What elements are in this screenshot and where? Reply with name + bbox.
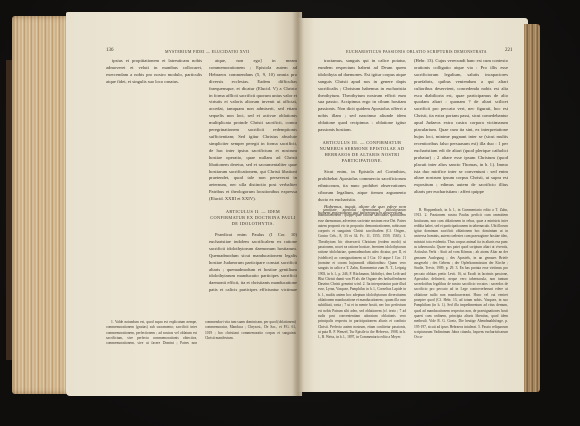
right-page-footnotes-right: R. Hoppenbach, in h. l., in Commentario … xyxy=(414,208,508,352)
right-running-header: EUCHARISTICUS PASSIONIS OBLATIO SCRIPTUR… xyxy=(346,49,487,54)
paragraph: tractamus, sanguis qui in calice potatur… xyxy=(318,58,406,134)
paragraph: atque, non ego] in meam commemorationem … xyxy=(209,58,297,203)
article-heading: ARTICULUS III. — CONFIRMATUR NUMERUS SER… xyxy=(318,140,406,164)
footnote: 1. Valde notandum est, quod supra est ex… xyxy=(106,320,296,346)
footnote: sanctitate apostolus denominans idolothy… xyxy=(318,208,406,340)
left-page-block-edges xyxy=(12,16,72,394)
paragraph: ipsius et propitiationem et latreuticam … xyxy=(106,58,202,86)
right-page-number: 221 xyxy=(505,48,513,53)
right-page-block-edges xyxy=(524,24,540,392)
left-page-column-1: ipsius et propitiationem et latreuticam … xyxy=(106,58,202,294)
article-heading: ARTICULUS II. — IDEM CONFIRMATUR EX DOCT… xyxy=(209,209,297,227)
paragraph: Praedicat enim Paulus (I Cor. 10) euchar… xyxy=(209,232,297,294)
paragraph: Sicut enim, in Epistola ad Corinthios, p… xyxy=(318,169,406,204)
left-page-footnotes: 1. Valde notandum est, quod supra est ex… xyxy=(106,320,296,370)
left-running-header: MYSTERIUM FIDEI — ELUCIDATIO XVII xyxy=(165,49,249,54)
left-page-column-2: atque, non ego] in meam commemorationem … xyxy=(209,58,297,294)
right-page-footnotes-left: sanctitate apostolus denominans idolothy… xyxy=(318,208,406,352)
right-page-column-1: tractamus, sanguis qui in calice potatur… xyxy=(318,58,406,228)
right-page-column-2: (Hebr. 13). Cujus verecundi hanc est cum… xyxy=(414,58,508,198)
footnote: R. Hoppenbach, in h. l., in Commentario … xyxy=(414,208,508,340)
book-photo: 136 MYSTERIUM FIDEI — ELUCIDATIO XVII ip… xyxy=(0,0,580,426)
left-page-number: 136 xyxy=(106,48,114,53)
paragraph: (Hebr. 13). Cujus verecundi hanc est cum… xyxy=(414,58,508,196)
